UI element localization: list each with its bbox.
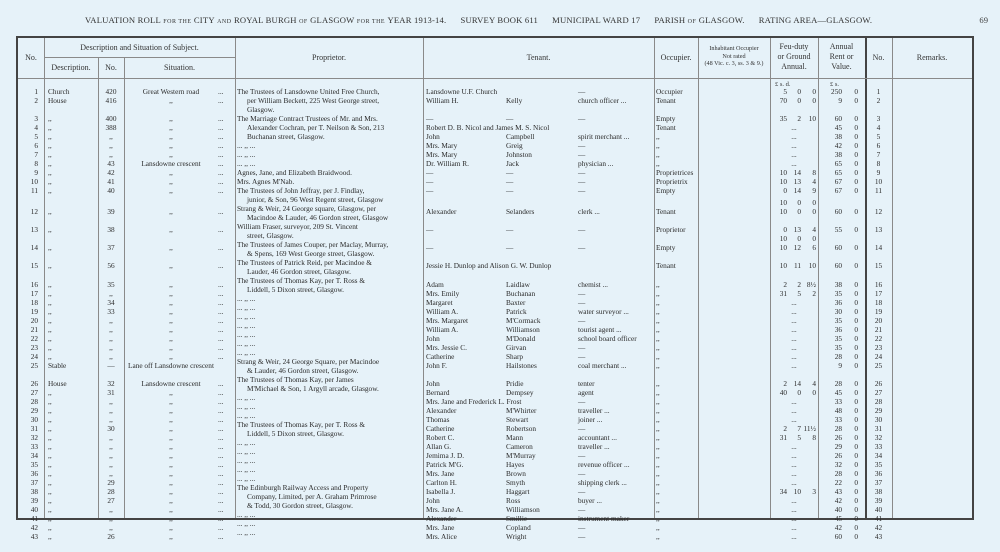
description: ,, [48, 469, 96, 478]
annual-rent: 0 [848, 424, 858, 433]
annual-rent: 60 [824, 532, 842, 541]
annual-rent: 55 [824, 225, 842, 234]
row-number: 40 [20, 505, 38, 514]
row-number: 33 [20, 442, 38, 451]
situation: ,, [126, 316, 216, 325]
occupier-status: ,, [656, 460, 700, 469]
tenant-last: — [506, 243, 576, 252]
situation-dots: ... [218, 307, 232, 316]
feu-duty: ... [770, 316, 818, 325]
tenant-occupation: clerk ... [578, 207, 654, 216]
feu-duty: 35 [773, 114, 787, 123]
feu-duty-prior: 1000 [18, 234, 972, 243]
situation-dots: ... [218, 388, 232, 397]
tenant-last: Cameron [506, 442, 576, 451]
occupier-status: ,, [656, 298, 700, 307]
row-number: 25 [20, 361, 38, 370]
row-number: 6 [20, 141, 38, 150]
row-number-right: 28 [865, 397, 892, 406]
tenant-occupation: — [578, 141, 654, 150]
description: ,, [48, 523, 96, 532]
description: ,, [48, 150, 96, 159]
feu-amount: 0 [802, 198, 816, 207]
feu-amount: 0 [789, 198, 801, 207]
annual-rent: 0 [848, 168, 858, 177]
situation: ,, [126, 289, 216, 298]
situation: ,, [126, 96, 216, 105]
row-number: 21 [20, 325, 38, 334]
row-number: 14 [20, 243, 38, 252]
annual-rent: 0 [848, 388, 858, 397]
house-number: 35 [98, 280, 124, 289]
annual-rent: 0 [848, 96, 858, 105]
description: ,, [48, 460, 96, 469]
description: ,, [48, 325, 96, 334]
annual-rent: 60 [824, 207, 842, 216]
occupier-status: ,, [656, 433, 700, 442]
description: ,, [48, 334, 96, 343]
tenant-first: — [426, 243, 433, 252]
situation-dots: ... [218, 352, 232, 361]
row-number: 8 [20, 159, 38, 168]
situation-dots: ... [218, 168, 232, 177]
situation-dots: ... [218, 114, 232, 123]
house-number: 420 [98, 87, 124, 96]
annual-rent: 35 [824, 289, 842, 298]
tenant-occupation: — [578, 397, 654, 406]
tenant-first: Robert C. [426, 433, 454, 442]
tenant-first: — [426, 186, 433, 195]
annual-rent: 0 [848, 325, 858, 334]
annual-rent: 0 [848, 123, 858, 132]
row-number-right: 32 [865, 433, 892, 442]
tenant-last: Hailstones [506, 361, 576, 370]
tenant-first: William H. [426, 96, 459, 105]
situation-dots: ... [218, 150, 232, 159]
feu-duty: 12 [789, 243, 801, 252]
situation: ,, [126, 487, 216, 496]
situation-dots: ... [218, 487, 232, 496]
description: ,, [48, 496, 96, 505]
feu-duty: 31 [773, 433, 787, 442]
table-row: 36,,,,,,...Mrs. JaneBrown—,,36...280 [18, 469, 972, 478]
tenant-first: Isabella J. [426, 487, 455, 496]
tenant-last: M'Murray [506, 451, 576, 460]
tenant-last: Brown [506, 469, 576, 478]
tenant-last: Smillie [506, 514, 576, 523]
house-number: 388 [98, 123, 124, 132]
tenant-occupation: — [578, 523, 654, 532]
tenant-occupation: — [578, 289, 654, 298]
occupier-status: ,, [656, 487, 700, 496]
page-number: 69 [979, 15, 988, 25]
situation-dots: ... [218, 379, 232, 388]
feu-duty: 4 [802, 177, 816, 186]
table-row: 33,,,,,,...Allan G.Camerontraveller ...,… [18, 442, 972, 451]
description: ,, [48, 388, 96, 397]
occupier-status: ,, [656, 496, 700, 505]
tenant-last: Baxter [506, 298, 576, 307]
tenant-first: — [426, 177, 433, 186]
feu-duty: 8½ [802, 280, 816, 289]
house-number: 27 [98, 496, 124, 505]
situation-dots: ... [218, 460, 232, 469]
tenant-first: Bernard [426, 388, 450, 397]
tenant-occupation: accountant ... [578, 433, 654, 442]
situation-dots: ... [218, 451, 232, 460]
tenant-last: Williamson [506, 325, 576, 334]
description: ,, [48, 343, 96, 352]
description: ,, [48, 352, 96, 361]
table-row: 11,,40,,...———Empty110149670 [18, 186, 972, 195]
annual-rent: 0 [848, 280, 858, 289]
occupier-status: Proprietor [656, 225, 700, 234]
tenant-last: Kelly [506, 96, 576, 105]
row-number: 18 [20, 298, 38, 307]
table-row: 14,,37,,...———Empty1410126600 [18, 243, 972, 252]
situation-dots: ... [218, 505, 232, 514]
row-number: 36 [20, 469, 38, 478]
table-row: 13,,38,,...———Proprietor130134550 [18, 225, 972, 234]
feu-duty: 0 [773, 186, 787, 195]
row-number-right: 5 [865, 132, 892, 141]
row-number-right: 19 [865, 307, 892, 316]
annual-rent: 0 [848, 150, 858, 159]
description: ,, [48, 261, 96, 270]
tenant-last: Greig [506, 141, 576, 150]
annual-rent: 0 [848, 243, 858, 252]
feu-duty: 6 [802, 243, 816, 252]
house-number: 416 [98, 96, 124, 105]
annual-rent: 0 [848, 469, 858, 478]
tenant-first: Adam [426, 280, 444, 289]
house-number: ,, [98, 433, 124, 442]
row-number-right: 6 [865, 141, 892, 150]
tenant-last: Hayes [506, 460, 576, 469]
feu-duty: 10 [773, 177, 787, 186]
feu-duty: ... [770, 442, 818, 451]
tenant-first: Alexander [426, 406, 456, 415]
row-number-right: 16 [865, 280, 892, 289]
tenant-occupation: — [578, 343, 654, 352]
row-number: 37 [20, 478, 38, 487]
table-row: 6,,,,,,...Mrs. MaryGreig—,,6...420 [18, 141, 972, 150]
feu-duty: 0 [789, 87, 801, 96]
table-row: 15,,56,,...Jessie H. Dunlop and Alison G… [18, 261, 972, 270]
house-number: ,, [98, 505, 124, 514]
tenant-first: Mrs. Margaret [426, 316, 468, 325]
row-number: 23 [20, 343, 38, 352]
situation: ,, [126, 523, 216, 532]
tenant-last: Robertson [506, 424, 576, 433]
annual-rent: 22 [824, 478, 842, 487]
tenant-occupation: spirit merchant ... [578, 132, 654, 141]
tenant-last: Wright [506, 532, 576, 541]
tenant-first: Robert D. B. Nicol and James M. S. Nicol [426, 123, 549, 132]
tenant-last: M'Whirter [506, 406, 576, 415]
col-header-situation: Situation. [124, 63, 235, 73]
description: ,, [48, 132, 96, 141]
feu-duty: ... [770, 406, 818, 415]
feu-duty: ... [770, 496, 818, 505]
annual-rent: 28 [824, 379, 842, 388]
occupier-status: ,, [656, 159, 700, 168]
proprietor-line: Glasgow. [237, 105, 431, 114]
occupier-status: Tenant [656, 207, 700, 216]
row-number-right: 7 [865, 150, 892, 159]
row-number: 27 [20, 388, 38, 397]
occupier-status: Tenant [656, 261, 700, 270]
annual-rent: 42 [824, 523, 842, 532]
table-row: 2House416,,...William H.Kellychurch offi… [18, 96, 972, 105]
feu-duty: 2 [773, 379, 787, 388]
tenant-first: Catherine [426, 352, 454, 361]
annual-rent: 9 [824, 96, 842, 105]
tenant-first: Alexander [426, 514, 456, 523]
annual-rent: 38 [824, 280, 842, 289]
situation: ,, [126, 451, 216, 460]
tenant-last: Mann [506, 433, 576, 442]
situation-dots: ... [218, 289, 232, 298]
feu-duty: 31 [773, 289, 787, 298]
table-row: 28,,,,,,...Mrs. Jane and Frederick L. Fr… [18, 397, 972, 406]
feu-duty: 0 [802, 207, 816, 216]
row-number: 5 [20, 132, 38, 141]
annual-rent: 65 [824, 168, 842, 177]
table-row: 39,,27,,...JohnRossbuyer ...,,39...420 [18, 496, 972, 505]
occupier-status: ,, [656, 307, 700, 316]
description: ,, [48, 406, 96, 415]
tenant-first: John F. [426, 361, 447, 370]
annual-rent: 0 [848, 186, 858, 195]
feu-duty-prior: 1000 [18, 198, 972, 207]
annual-rent: 30 [824, 307, 842, 316]
house-number: 39 [98, 207, 124, 216]
situation-dots: ... [218, 316, 232, 325]
house-number: 28 [98, 487, 124, 496]
situation-dots: ... [218, 123, 232, 132]
table-row: 16,,35,,...AdamLaidlawchemist ...,,16228… [18, 280, 972, 289]
tenant-occupation: joiner ... [578, 415, 654, 424]
situation: ,, [126, 114, 216, 123]
annual-rent: 0 [848, 523, 858, 532]
situation-dots: ... [218, 469, 232, 478]
tenant-first: Jessie H. Dunlop and Alison G. W. Dunlop [426, 261, 551, 270]
annual-rent: 0 [848, 379, 858, 388]
tenant-last: Selanders [506, 207, 576, 216]
situation-dots: ... [218, 406, 232, 415]
table-row: 32,,,,,,...Robert C.Mannaccountant ...,,… [18, 433, 972, 442]
situation-dots: ... [218, 325, 232, 334]
feu-duty: 2 [789, 280, 801, 289]
row-number-right: 17 [865, 289, 892, 298]
situation: ,, [126, 397, 216, 406]
situation-dots: ... [218, 159, 232, 168]
tenant-last: Copland [506, 523, 576, 532]
table-row: 19,,33,,...William A.Patrickwater survey… [18, 307, 972, 316]
tenant-occupation: school board officer [578, 334, 654, 343]
situation: ,, [126, 415, 216, 424]
header-year: YEAR 1913-14. [387, 15, 446, 25]
tenant-occupation: water surveyor ... [578, 307, 654, 316]
annual-rent: 0 [848, 505, 858, 514]
situation: ,, [126, 442, 216, 451]
tenant-first: Mrs. Jane [426, 469, 454, 478]
tenant-first: Mrs. Jane and Frederick L. Frost [426, 397, 521, 406]
tenant-first: Mrs. Jane [426, 523, 454, 532]
description: ,, [48, 307, 96, 316]
house-number: ,, [98, 523, 124, 532]
tenant-first: Mrs. Mary [426, 150, 457, 159]
house-number: ,, [98, 514, 124, 523]
house-number: ,, [98, 325, 124, 334]
situation: ,, [126, 352, 216, 361]
situation: ,, [126, 388, 216, 397]
house-number: ,, [98, 150, 124, 159]
feu-duty: 0 [802, 388, 816, 397]
page-header: VALUATION ROLL FOR THE CITY AND ROYAL BU… [85, 15, 985, 25]
table-row: 25Stable—Lane off Lansdowne crescentJohn… [18, 361, 972, 370]
feu-duty: 0 [802, 96, 816, 105]
row-number: 41 [20, 514, 38, 523]
house-number: 30 [98, 424, 124, 433]
annual-rent: 33 [824, 397, 842, 406]
description: ,, [48, 243, 96, 252]
row-number-right: 31 [865, 424, 892, 433]
row-number-right: 8 [865, 159, 892, 168]
situation: ,, [126, 343, 216, 352]
feu-duty: 10 [773, 243, 787, 252]
row-number-right: 25 [865, 361, 892, 370]
house-number: 26 [98, 532, 124, 541]
table-row: 31,,30,,...CatherineRobertson—,,312711½2… [18, 424, 972, 433]
occupier-status: ,, [656, 505, 700, 514]
tenant-occupation: — [578, 168, 654, 177]
table-row: 27,,31,,...BernardDempseyagent,,27400045… [18, 388, 972, 397]
description: ,, [48, 316, 96, 325]
row-number: 15 [20, 261, 38, 270]
annual-rent: 0 [848, 532, 858, 541]
tenant-last: — [506, 177, 576, 186]
row-number-right: 4 [865, 123, 892, 132]
tenant-last: Williamson [506, 505, 576, 514]
annual-rent: 0 [848, 132, 858, 141]
tenant-occupation: — [578, 316, 654, 325]
col-header-tenant: Tenant. [423, 53, 654, 63]
tenant-last: Haggart [506, 487, 576, 496]
description: House [48, 379, 96, 388]
situation: ,, [126, 168, 216, 177]
tenant-occupation: coal merchant ... [578, 361, 654, 370]
annual-rent: 45 [824, 123, 842, 132]
annual-rent: 28 [824, 424, 842, 433]
situation-dots: ... [218, 141, 232, 150]
annual-rent: 0 [848, 159, 858, 168]
annual-rent: 0 [848, 460, 858, 469]
feu-duty: 9 [802, 186, 816, 195]
situation-dots: ... [218, 397, 232, 406]
situation-dots: ... [218, 298, 232, 307]
house-number: 41 [98, 177, 124, 186]
tenant-first: William A. [426, 325, 458, 334]
occupier-status: ,, [656, 469, 700, 478]
feu-duty: 5 [789, 289, 801, 298]
annual-rent: 0 [848, 451, 858, 460]
description: ,, [48, 487, 96, 496]
annual-rent: 60 [824, 243, 842, 252]
house-number: ,, [98, 289, 124, 298]
feu-duty: ... [770, 478, 818, 487]
annual-rent: 26 [824, 433, 842, 442]
annual-rent: 38 [824, 150, 842, 159]
row-number-right: 40 [865, 505, 892, 514]
annual-rent: 26 [824, 451, 842, 460]
col-header-inhabitant: Inhabitant Occupier Not rated (48 Vic. c… [698, 45, 770, 68]
description: Stable [48, 361, 96, 370]
description: ,, [48, 532, 96, 541]
situation: ,, [126, 177, 216, 186]
row-number-right: 43 [865, 532, 892, 541]
feu-duty: ... [770, 397, 818, 406]
situation-dots: ... [218, 514, 232, 523]
annual-rent: 60 [824, 114, 842, 123]
rating-area: RATING AREA—GLASGOW. [759, 15, 873, 25]
house-number: 38 [98, 225, 124, 234]
tenant-first: Mrs. Jane A. [426, 505, 463, 514]
row-number-right: 13 [865, 225, 892, 234]
feu-duty: ... [770, 298, 818, 307]
tenant-first: — [426, 225, 433, 234]
situation: ,, [126, 150, 216, 159]
valuation-table: No. Description and Situation of Subject… [16, 36, 974, 520]
situation-dots: ... [218, 433, 232, 442]
row-number: 7 [20, 150, 38, 159]
table-row: 41,,,,,,...AlexanderSmillieinstrument ma… [18, 514, 972, 523]
annual-rent: 60 [824, 261, 842, 270]
row-number: 4 [20, 123, 38, 132]
tenant-occupation: — [578, 150, 654, 159]
annual-rent: 0 [848, 352, 858, 361]
situation-dots: ... [218, 334, 232, 343]
row-number-right: 21 [865, 325, 892, 334]
feu-duty: ... [770, 361, 818, 370]
house-number: 40 [98, 186, 124, 195]
tenant-first: — [426, 168, 433, 177]
tenant-first: John [426, 334, 440, 343]
annual-rent: 45 [824, 514, 842, 523]
tenant-first: Alexander [426, 207, 456, 216]
feu-duty: ... [770, 523, 818, 532]
occupier-status: Proprietrices [656, 168, 700, 177]
row-number-right: 3 [865, 114, 892, 123]
annual-rent: 0 [848, 496, 858, 505]
feu-duty: 13 [789, 225, 801, 234]
table-row: 43,,26,,...Mrs. AliceWright—,,43...600 [18, 532, 972, 541]
col-header-occupier: Occupier. [654, 53, 698, 63]
tenant-last: Jack [506, 159, 576, 168]
feu-duty: 0 [789, 388, 801, 397]
feu-duty: 2 [802, 289, 816, 298]
annual-rent: 0 [848, 442, 858, 451]
table-row: 20,,,,,,...Mrs. MargaretM'Cormack—,,20..… [18, 316, 972, 325]
row-number-right: 9 [865, 168, 892, 177]
annual-rent: 0 [848, 478, 858, 487]
description: ,, [48, 289, 96, 298]
tenant-occupation: — [578, 114, 654, 123]
survey-book: SURVEY BOOK 611 [460, 15, 538, 25]
feu-amount: 10 [773, 198, 787, 207]
feu-duty: 5 [773, 87, 787, 96]
